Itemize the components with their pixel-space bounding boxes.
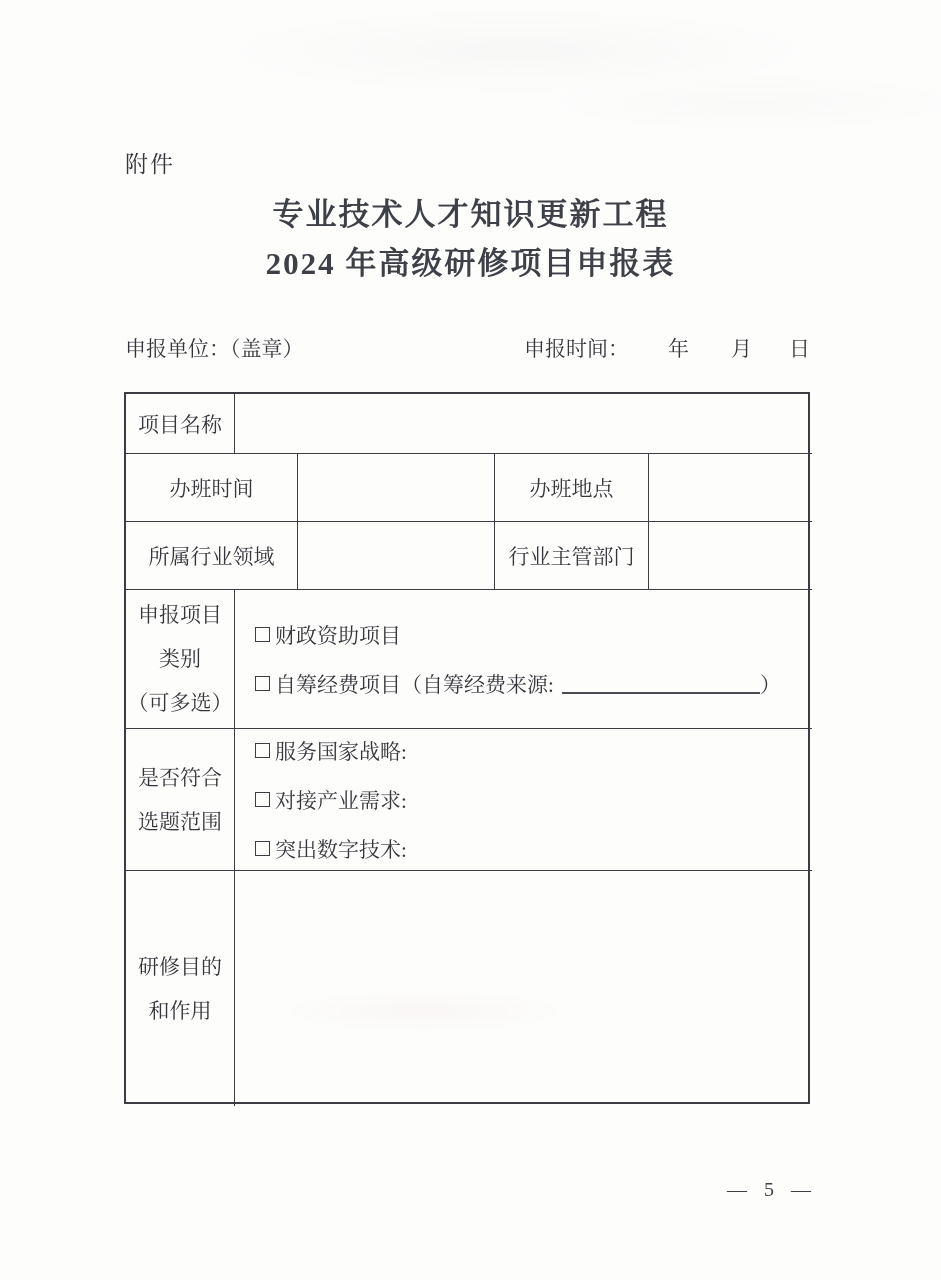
scope-option-industry-demand-label: 对接产业需求: (275, 785, 407, 815)
class-place-value-cell (649, 454, 812, 522)
funding-source-blank-line (562, 674, 760, 694)
day-label: 日 (789, 333, 810, 363)
month-label: 月 (731, 333, 752, 363)
title-line-1: 专业技术人才知识更新工程 (0, 190, 941, 239)
project-name-label-cell: 项目名称 (126, 394, 235, 454)
industry-field-value-cell (298, 522, 495, 590)
class-time-value-cell (298, 454, 495, 522)
category-option-self-funded-label: 自筹经费项目（自筹经费来源: (275, 669, 554, 699)
application-time-label: 申报时间： (524, 333, 629, 363)
checkbox-icon (255, 841, 270, 856)
application-form-table: 项目名称 办班时间 办班地点 所属行业领域 行业主管部门 申报项目 类别 （可多… (124, 392, 810, 1104)
industry-dept-label-cell: 行业主管部门 (495, 522, 649, 590)
checkbox-icon (255, 743, 270, 758)
category-option-financial: 财政资助项目 (255, 620, 401, 650)
scope-option-national-strategy: 服务国家战略: (255, 736, 407, 766)
checkbox-icon (255, 792, 270, 807)
project-category-options-cell: 财政资助项目 自筹经费项目（自筹经费来源: ） (235, 590, 812, 729)
class-place-label-cell: 办班地点 (495, 454, 649, 522)
topic-scope-options-cell: 服务国家战略: 对接产业需求: 突出数字技术: (235, 729, 812, 871)
training-purpose-label-cell: 研修目的 和作用 (126, 871, 235, 1106)
page-number: — 5 — (727, 1179, 817, 1202)
project-name-value-cell (235, 394, 812, 454)
year-label: 年 (668, 333, 689, 363)
scope-option-digital-tech-label: 突出数字技术: (275, 834, 407, 864)
topic-scope-label-cell: 是否符合 选题范围 (126, 729, 235, 871)
scanned-document-page: 附件 专业技术人才知识更新工程 2024 年高级研修项目申报表 申报单位：（盖章… (0, 0, 941, 1280)
checkbox-icon (255, 627, 270, 642)
scope-option-digital-tech: 突出数字技术: (255, 834, 407, 864)
industry-field-label-cell: 所属行业领域 (126, 522, 298, 590)
category-option-self-funded: 自筹经费项目（自筹经费来源: ） (255, 669, 781, 699)
category-option-self-funded-suffix: ） (760, 669, 781, 699)
scope-option-national-strategy-label: 服务国家战略: (275, 736, 407, 766)
industry-dept-value-cell (649, 522, 812, 590)
document-title: 专业技术人才知识更新工程 2024 年高级研修项目申报表 (0, 190, 941, 288)
checkbox-icon (255, 676, 270, 691)
class-time-label-cell: 办班时间 (126, 454, 298, 522)
attachment-label: 附件 (125, 146, 175, 179)
training-purpose-value-cell (235, 871, 812, 1106)
title-line-2: 2024 年高级研修项目申报表 (0, 239, 941, 288)
project-category-label-cell: 申报项目 类别 （可多选） (126, 590, 235, 729)
category-option-financial-label: 财政资助项目 (275, 620, 401, 650)
meta-row: 申报单位：（盖章） 申报时间： 年 月 日 (0, 333, 941, 363)
scope-option-industry-demand: 对接产业需求: (255, 785, 407, 815)
applicant-unit-label: 申报单位：（盖章） (125, 333, 304, 363)
